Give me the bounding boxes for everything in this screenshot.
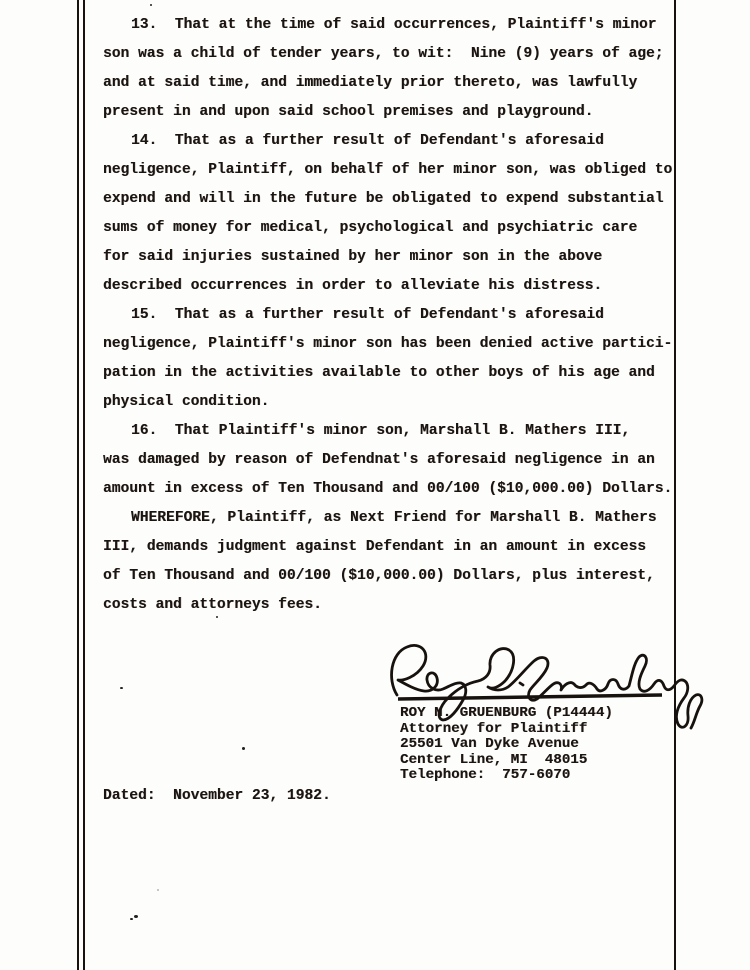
document-line: pation in the activities available to ot… <box>103 359 681 388</box>
document-line: sums of money for medical, psychological… <box>103 214 681 243</box>
scan-speck <box>150 4 152 6</box>
scan-speck <box>130 918 133 920</box>
document-line: 13. That at the time of said occurrences… <box>103 11 681 40</box>
document-line: 15. That as a further result of Defendan… <box>103 301 681 330</box>
document-page: 13. That at the time of said occurrences… <box>0 0 750 970</box>
document-line: physical condition. <box>103 388 681 417</box>
document-line: expend and will in the future be obligat… <box>103 185 681 214</box>
document-line: for said injuries sustained by her minor… <box>103 243 681 272</box>
scan-speck <box>120 687 123 689</box>
document-line: of Ten Thousand and 00/100 ($10,000.00) … <box>103 562 681 591</box>
document-line: costs and attorneys fees. <box>103 591 681 620</box>
left-margin-rule-outer <box>77 0 79 970</box>
document-line: son was a child of tender years, to wit:… <box>103 40 681 69</box>
document-line: III, demands judgment against Defendant … <box>103 533 681 562</box>
left-margin-rule-inner <box>83 0 85 970</box>
document-line: was damaged by reason of Defendnat's afo… <box>103 446 681 475</box>
attorney-address-line: 25501 Van Dyke Avenue <box>400 737 613 753</box>
scan-speck <box>216 616 218 618</box>
scan-speck <box>242 747 245 750</box>
document-line: 14. That as a further result of Defendan… <box>103 127 681 156</box>
pleading-body: 13. That at the time of said occurrences… <box>103 11 681 620</box>
signature-period-dot <box>520 683 523 685</box>
scan-speck <box>157 889 159 891</box>
document-line: amount in excess of Ten Thousand and 00/… <box>103 475 681 504</box>
document-line: negligence, Plaintiff, on behalf of her … <box>103 156 681 185</box>
attorney-telephone-line: Telephone: 757-6070 <box>400 768 613 784</box>
document-line: 16. That Plaintiff's minor son, Marshall… <box>103 417 681 446</box>
document-line: and at said time, and immediately prior … <box>103 69 681 98</box>
attorney-city-line: Center Line, MI 48015 <box>400 753 613 769</box>
attorney-title-line: Attorney for Plaintiff <box>400 722 613 738</box>
attorney-name-line: ROY N. GRUENBURG (P14444) <box>400 706 613 722</box>
document-line: negligence, Plaintiff's minor son has be… <box>103 330 681 359</box>
document-line: WHEREFORE, Plaintiff, as Next Friend for… <box>103 504 681 533</box>
attorney-block: ROY N. GRUENBURG (P14444) Attorney for P… <box>400 706 613 784</box>
dated-line: Dated: November 23, 1982. <box>103 787 331 805</box>
document-line: present in and upon said school premises… <box>103 98 681 127</box>
scan-speck <box>134 915 138 918</box>
document-line: described occurrences in order to allevi… <box>103 272 681 301</box>
